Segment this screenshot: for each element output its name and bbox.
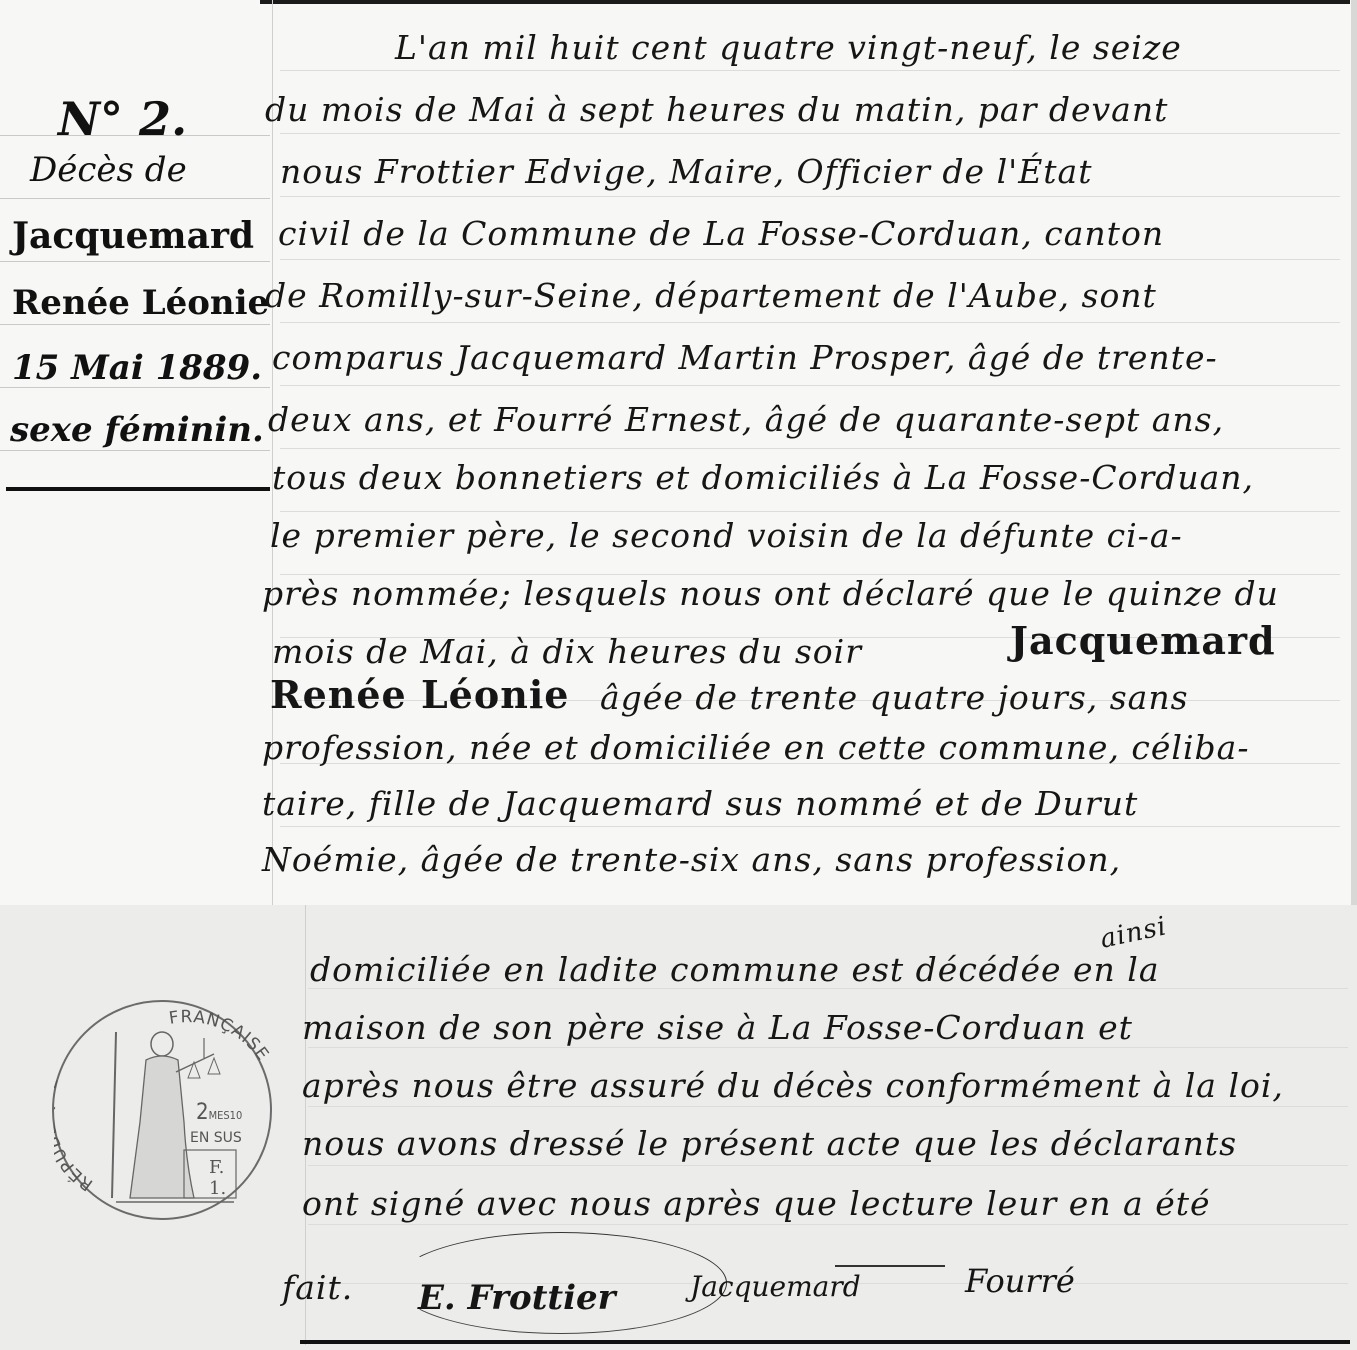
ruled-line	[280, 511, 1340, 512]
fiscal-stamp: RÉPUBLIQUE FRANÇAISE 2MES10 EN SUS F.1.	[52, 1000, 272, 1220]
ruled-line	[308, 1047, 1348, 1048]
body-line: du mois de Mai à sept heures du matin, p…	[265, 90, 1168, 129]
ruled-line	[280, 826, 1340, 827]
ruled-line	[308, 1106, 1348, 1107]
ruled-line	[280, 259, 1340, 260]
margin-line	[272, 0, 273, 905]
stamp-ensus: EN SUS	[190, 1130, 242, 1146]
ruled-line	[280, 322, 1340, 323]
ruled-line	[280, 70, 1340, 71]
death-record-page: N° 2. Décès de Jacquemard Renée Léonie 1…	[0, 0, 1357, 1350]
body-line: nous avons dressé le présent acte que le…	[302, 1124, 1237, 1163]
stamp-value: F.1.	[209, 1157, 226, 1199]
body-line: L'an mil huit cent quatre vingt-neuf, le…	[395, 28, 1182, 67]
body-line: maison de son père sise à La Fosse-Cordu…	[302, 1008, 1133, 1047]
body-line: tous deux bonnetiers et domiciliés à La …	[272, 458, 1254, 497]
body-line: deux ans, et Fourré Ernest, âgé de quara…	[268, 400, 1224, 439]
body-line: de Romilly-sur-Seine, département de l'A…	[265, 276, 1157, 315]
stamp-legend-right: FRANÇAISE	[168, 1007, 270, 1065]
body-line: ont signé avec nous après que lecture le…	[302, 1184, 1211, 1223]
body-line: comparus Jacquemard Martin Prosper, âgé …	[272, 338, 1218, 377]
margin-date: 15 Mai 1889.	[12, 348, 262, 388]
body-line: le premier père, le second voisin de la …	[270, 516, 1183, 555]
ruled-line	[280, 385, 1340, 386]
svg-text:FRANÇAISE: FRANÇAISE	[168, 1007, 270, 1065]
margin-sex: sexe féminin.	[10, 410, 264, 450]
body-line: mois de Mai, à dix heures du soir	[272, 632, 862, 671]
closing-rule	[300, 1340, 1350, 1344]
ruled-line	[280, 448, 1340, 449]
ruled-line	[308, 1224, 1348, 1225]
body-line: taire, fille de Jacquemard sus nommé et …	[262, 784, 1138, 823]
record-number: N° 2.	[58, 92, 187, 146]
signature-witness: Fourré	[965, 1262, 1075, 1300]
body-line: profession, née et domiciliée en cette c…	[262, 728, 1250, 767]
margin-surname: Jacquemard	[12, 215, 254, 257]
signature-flourish-tail	[835, 1265, 945, 1267]
margin-rule	[0, 324, 270, 325]
margin-deces-label: Décès de	[30, 150, 187, 190]
svg-text:RÉPUBLIQUE: RÉPUBLIQUE	[54, 1075, 97, 1195]
page-edge	[1351, 0, 1357, 905]
body-line: domiciliée en ladite commune est décédée…	[310, 950, 1160, 989]
body-line: fait.	[282, 1268, 353, 1307]
body-line: près nommée; lesquels nous ont déclaré q…	[262, 574, 1279, 613]
ruled-line	[280, 133, 1340, 134]
margin-rule	[0, 198, 270, 199]
ruled-line	[308, 1165, 1348, 1166]
stamp-legend-left: RÉPUBLIQUE	[54, 1075, 97, 1195]
top-rule	[260, 0, 1350, 4]
stamp-denomination: 2MES10	[196, 1102, 242, 1124]
body-line: nous Frottier Edvige, Maire, Officier de…	[280, 152, 1092, 191]
body-line: civil de la Commune de La Fosse-Corduan,…	[278, 214, 1164, 253]
deceased-given-names-inline: Renée Léonie	[270, 672, 569, 717]
body-line: après nous être assuré du décès conformé…	[302, 1066, 1284, 1105]
margin-closing-rule	[6, 487, 270, 491]
margin-rule	[0, 450, 270, 451]
margin-rule	[0, 261, 270, 262]
margin-given-names: Renée Léonie	[12, 283, 269, 323]
signature-father: Jacquemard	[690, 1270, 861, 1303]
ruled-line	[280, 196, 1340, 197]
body-line: Noémie, âgée de trente-six ans, sans pro…	[262, 840, 1121, 879]
deceased-surname-inline: Jacquemard	[1010, 618, 1276, 663]
body-line: âgée de trente quatre jours, sans	[600, 678, 1189, 717]
signature-mayor: E. Frottier	[418, 1278, 616, 1318]
